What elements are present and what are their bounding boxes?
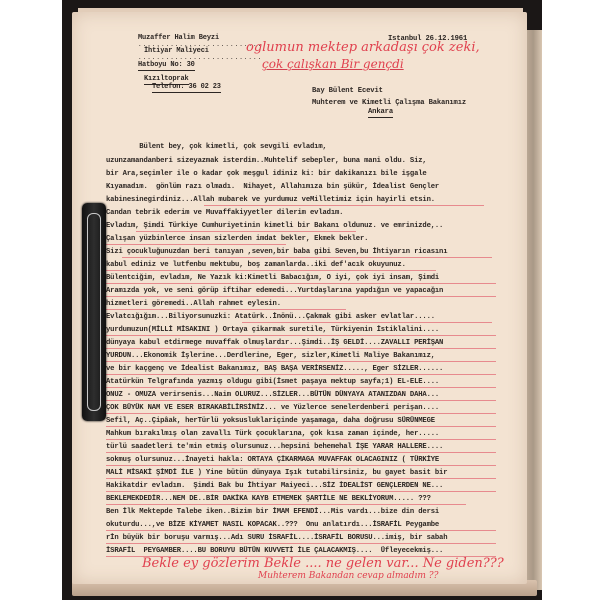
body-line: ve bir kaçgenç ve İdealist Bakanımız, BA… bbox=[106, 365, 443, 374]
recipient-title: Muhterem ve Kimetli Çalışma Bakanımız bbox=[312, 99, 466, 108]
body-line: Sizi çocukluğunuzdan beri tanıyan ,seven… bbox=[106, 248, 447, 257]
body-line: Çalışan yüzbinlerce insan sizlerden imda… bbox=[106, 235, 368, 244]
body-line: Aramızda yok, ve seni görüp iftihar edem… bbox=[106, 287, 443, 296]
body-line: Evlatcığığım...Biliyorsunuzki: Atatürk..… bbox=[106, 313, 435, 322]
body-line: Kıyamadım. gönlüm razı olmadı. Nihayet, … bbox=[106, 183, 439, 192]
body-line: Bülent bey, çok kimetli, çok sevgili evl… bbox=[106, 143, 327, 152]
body-line: Sefil, Aç..Çipâak, herTürlü yoksusluklar… bbox=[106, 417, 435, 426]
body-line: okuturdu...,ve BİZE KİYAMET NASIL KOPACA… bbox=[106, 521, 439, 530]
body-line: kabinesinegirdiniz...Allah mubarek ve yu… bbox=[106, 196, 435, 205]
handwritten-note-bottom-line1: Bekle ey gözlerim Bekle .... ne gelen va… bbox=[142, 556, 504, 571]
body-line: YURDUN...Ekonomik İşlerine...Derdlerine,… bbox=[106, 352, 435, 361]
body-line: ONUZ - OMUZA verirsenis...Naim OLURUZ...… bbox=[106, 391, 439, 400]
body-line: Ben İlk Mektepde Talebe iken..Bizim bir … bbox=[106, 508, 439, 517]
body-line: sokmuş olursunuz...İnayeti hakla: ORTAYA… bbox=[106, 456, 439, 465]
sender-street: Hatboyu No: 30 bbox=[138, 61, 195, 71]
recipient-name: Bay Bülent Ecevit bbox=[312, 87, 383, 96]
handwritten-note-top-line1: oglumun mektep arkadaşı çok zeki, bbox=[246, 40, 480, 55]
handwritten-note-bottom-line2: Muhterem Bakandan cevap almadım ?? bbox=[258, 571, 438, 581]
recipient-city: Ankara bbox=[368, 108, 393, 118]
body-line: uzunzamandanberi sizeyazmak isterdim..Mu… bbox=[106, 157, 427, 166]
body-line: Mahkum bırakılmış olan zavallı Türk çocu… bbox=[106, 430, 439, 439]
body-line: ÇOK BÜYÜK NAM VE ESER BIRAKABİLİRSİNİZ..… bbox=[106, 404, 439, 413]
body-line: dünyaya kabul etdirmege muvaffak olmuşla… bbox=[106, 339, 443, 348]
handwritten-note-top-line2: çok çalışkan Bir gençdi bbox=[262, 57, 404, 71]
sender-phone: Telefon: 36 02 23 bbox=[152, 83, 221, 93]
body-line: Atatürkün Telgrafında yazmış oldugu gibi… bbox=[106, 378, 439, 387]
body-line: Candan tebrik ederim ve Muvaffakiyyetler… bbox=[106, 209, 343, 218]
dotted-separator: ........................... bbox=[138, 54, 262, 61]
body-line: Evladım, Şimdi Türkiye Cumhuriyetinin ki… bbox=[106, 222, 443, 231]
body-line: İSRAFİL PEYGAMBER....BU BORUYU BÜTÜN KUV… bbox=[106, 547, 443, 556]
body-line: kabul ediniz ve lutfenbu mektubu, boş za… bbox=[106, 261, 406, 270]
body-line: rİn büyük bir boruşu varmış...Adı SURU İ… bbox=[106, 534, 447, 543]
letter-page: Muzaffer Halim Beyzi ...................… bbox=[72, 12, 527, 584]
body-line: bir Ara,seçimler ile o kadar çok meşgul … bbox=[106, 170, 427, 179]
body-line: Bülentciğim, evladım, Ne Yazık ki:Kimetl… bbox=[106, 274, 439, 283]
binder-clip bbox=[82, 203, 106, 421]
binder-clip-wire bbox=[87, 213, 101, 411]
body-line: Hakikatdir evladım. Şimdi Bak bu İhtiyar… bbox=[106, 482, 443, 491]
body-line: türlü saadetleri te'min etmiş olursunuz.… bbox=[106, 443, 443, 452]
body-line: BEKLEMEKDEDİR...NEM DE..BİR DAKİKA KAYB … bbox=[106, 495, 431, 504]
body-line: yurdumuzun(MİLLİ MİSAKINI ) Ortaya çikar… bbox=[106, 326, 439, 335]
body-line: MALİ MİSAKİ ŞİMDİ İLE ) Yine bütün dünya… bbox=[106, 469, 447, 478]
body-line: hizmetleri göremedi..Allah rahmet eylesi… bbox=[106, 300, 281, 309]
